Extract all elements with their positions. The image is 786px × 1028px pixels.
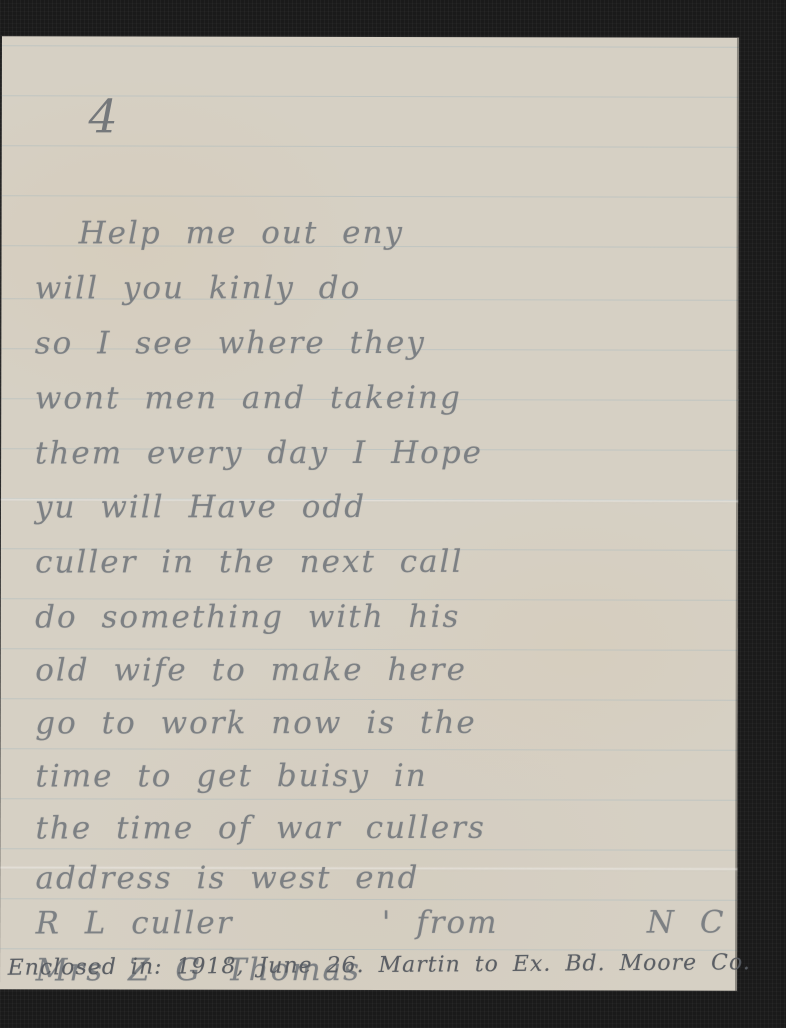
handwriting-line: wont men and takeing [35, 380, 725, 433]
handwriting-line: Help me out eny [79, 214, 769, 267]
handwriting-line: do something with his [35, 599, 725, 652]
handwriting-line: so I see where they [35, 325, 725, 378]
signoff-name: R L culler [36, 905, 234, 957]
signoff-state: N C [647, 905, 726, 957]
page-number: 4 [88, 89, 119, 143]
handwriting-line: the time of war cullers [35, 810, 725, 863]
handwriting-line: time to get buisy in [35, 758, 725, 811]
handwriting-line: old wife to make here [35, 652, 725, 705]
signoff-from: ' from [382, 905, 499, 957]
handwriting-layer: 4 Help me out eny will you kinly do so I… [0, 36, 738, 990]
handwriting-line: them every day I Hope [35, 435, 725, 488]
handwriting-line: go to work now is the [35, 705, 725, 758]
handwriting-line: yu will Have odd [35, 489, 725, 542]
handwriting-line: will you kinly do [35, 270, 725, 323]
handwriting-line: culler in the next call [35, 544, 725, 597]
letter-page: 4 Help me out eny will you kinly do so I… [0, 36, 739, 991]
signoff-line: R L culler ' from N C [36, 904, 732, 957]
